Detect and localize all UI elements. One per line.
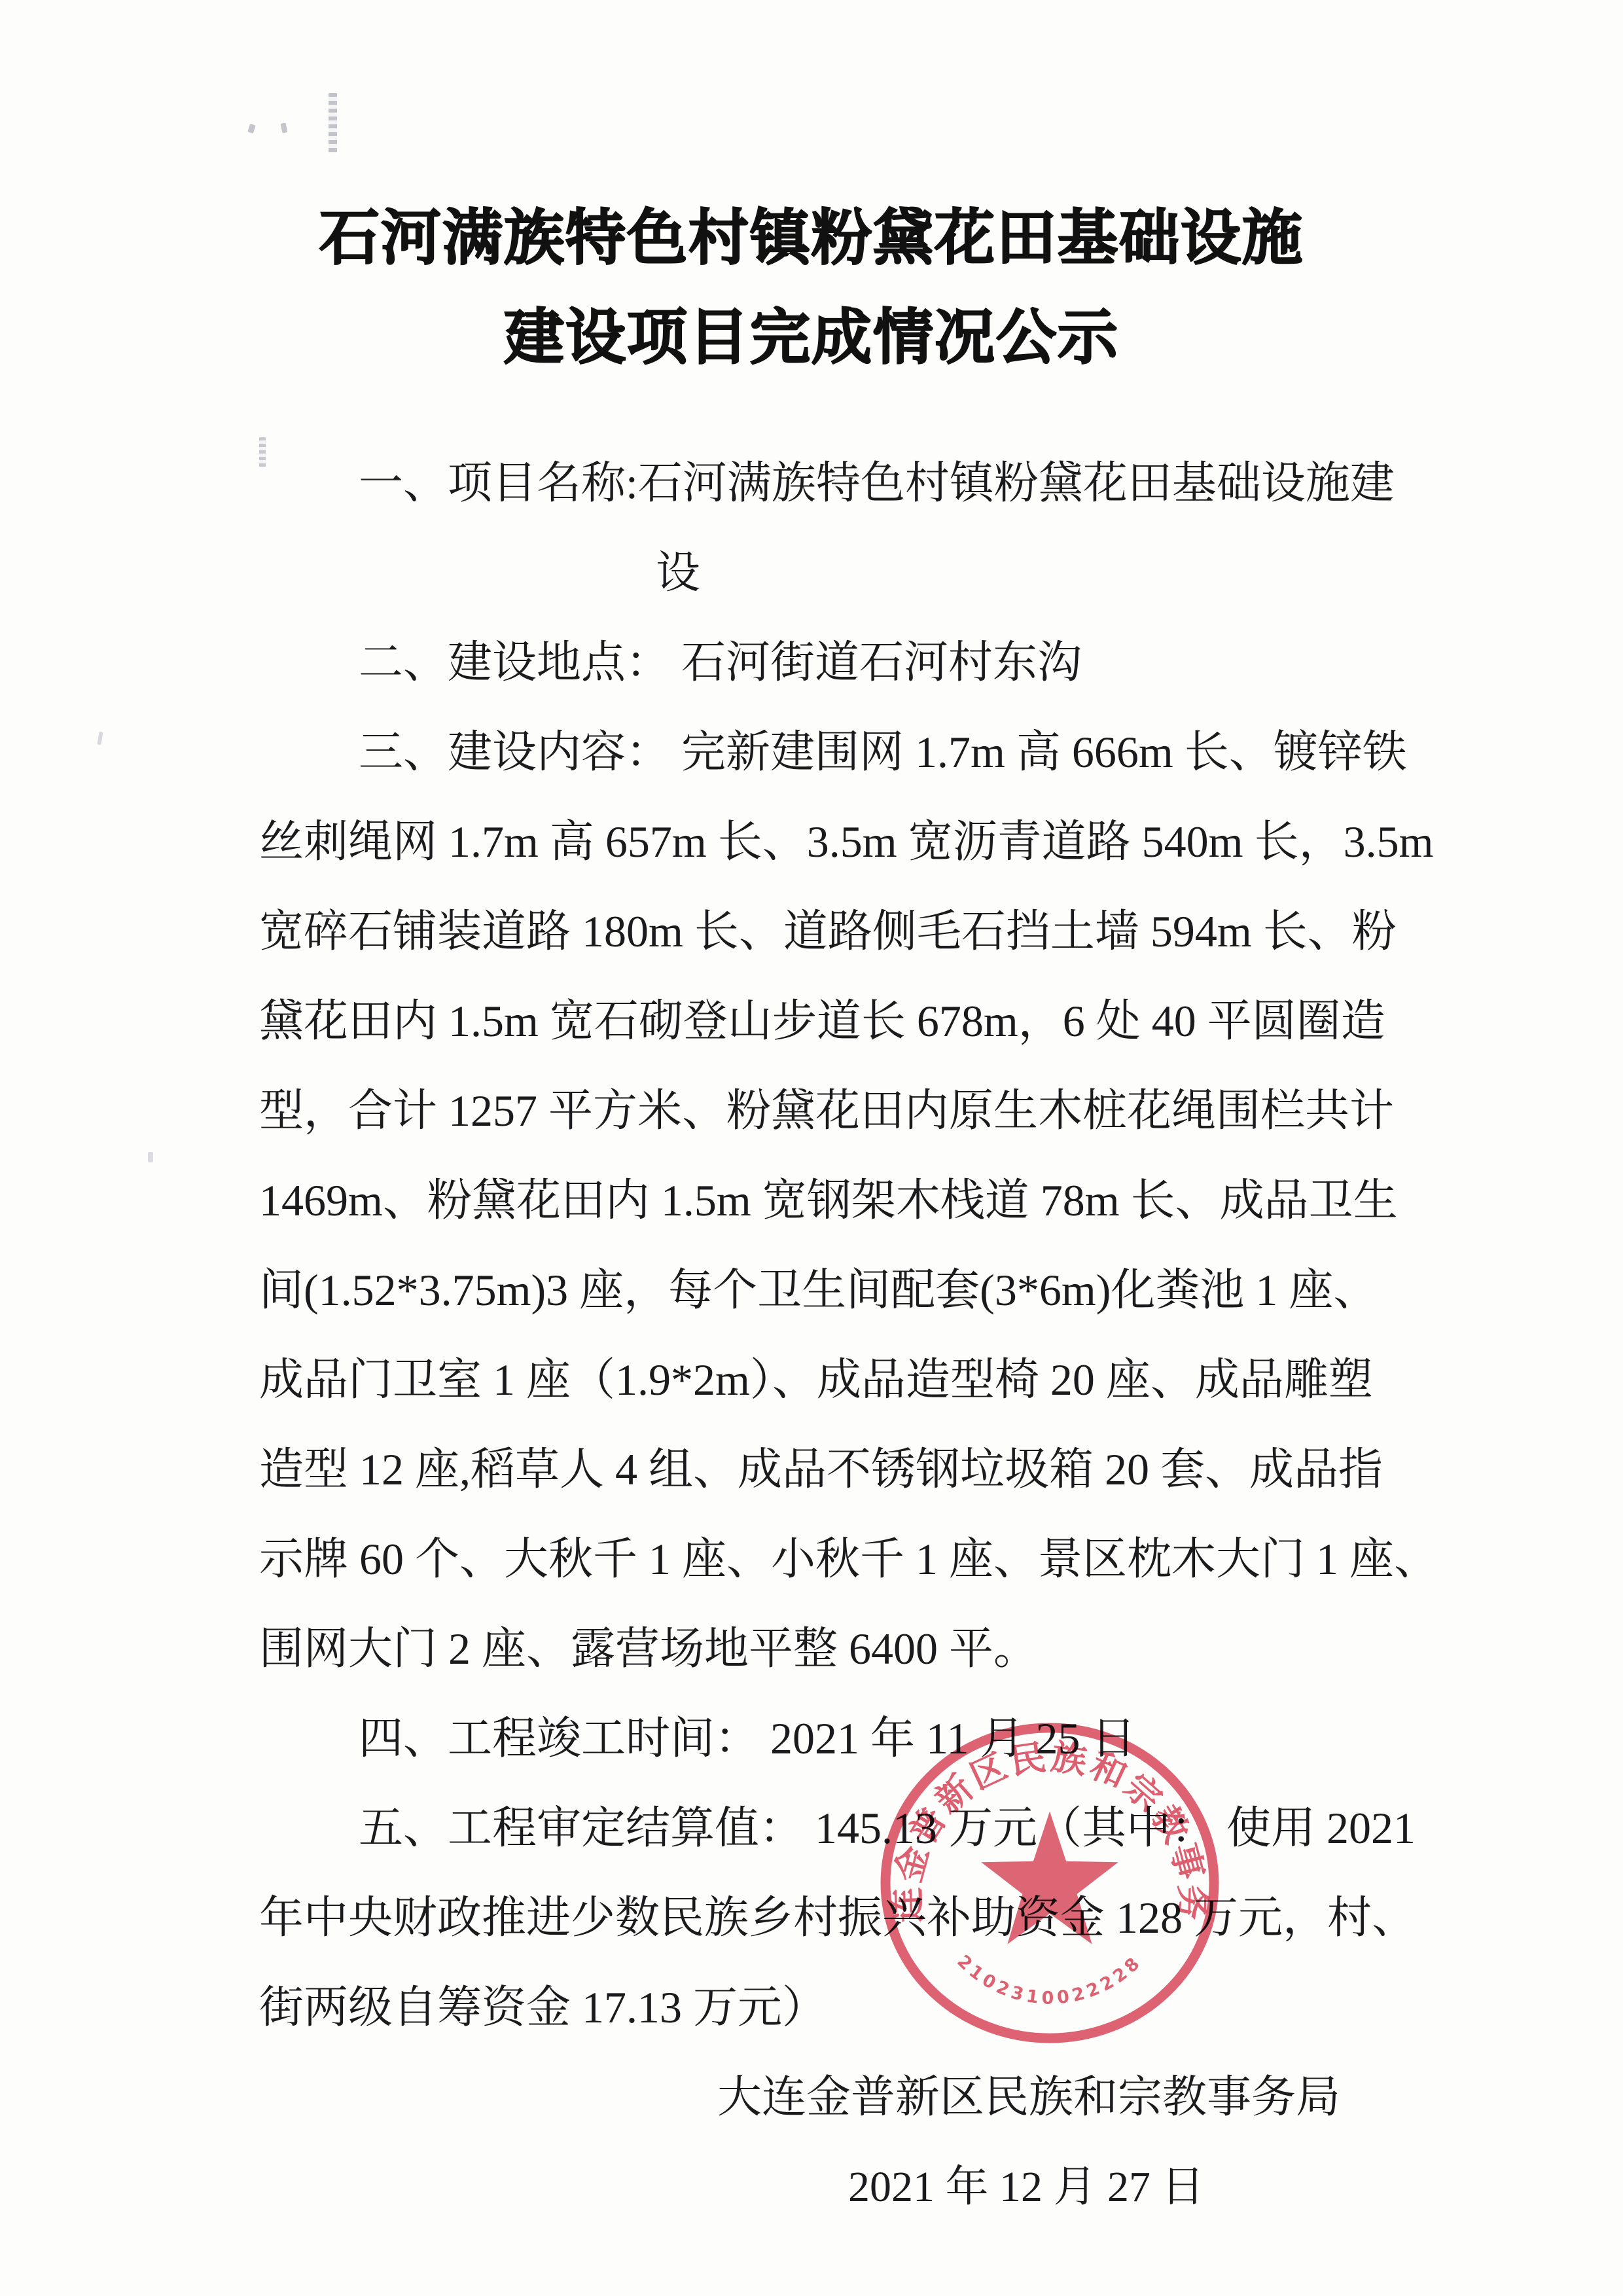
document-title: 石河满族特色村镇粉黛花田基础设施 建设项目完成情况公示	[0, 0, 1623, 387]
body-line: 设	[259, 528, 1366, 618]
body-line: 间(1.52*3.75m)3 座，每个卫生间配套(3*6m)化粪池 1 座、	[259, 1246, 1366, 1335]
signature-line: 大连金普新区民族和宗教事务局	[259, 2053, 1366, 2142]
body-line: 成品门卫室 1 座（1.9*2m）、成品造型椅 20 座、成品雕塑	[259, 1335, 1366, 1425]
body-line: 1469m、粉黛花田内 1.5m 宽钢架木栈道 78m 长、成品卫生	[259, 1156, 1366, 1246]
star-icon	[981, 1811, 1118, 1944]
official-seal: 大连金普新区民族和宗教事务局 2102310022228	[876, 1720, 1224, 2046]
body-line: 示牌 60 个、大秋千 1 座、小秋千 1 座、景区枕木大门 1 座、	[259, 1515, 1366, 1604]
body-line: 三、建设内容： 完新建围网 1.7m 高 666m 长、镀锌铁	[259, 708, 1366, 797]
scan-artifact	[97, 732, 103, 745]
title-line-2: 建设项目完成情况公示	[0, 288, 1623, 387]
title-line-1: 石河满族特色村镇粉黛花田基础设施	[0, 188, 1623, 288]
scan-artifact	[259, 437, 266, 467]
body-line: 一、项目名称:石河满族特色村镇粉黛花田基础设施建	[259, 439, 1366, 528]
document-page: 石河满族特色村镇粉黛花田基础设施 建设项目完成情况公示 一、项目名称:石河满族特…	[0, 0, 1623, 2296]
scan-artifact	[148, 1152, 153, 1162]
body-line: 黛花田内 1.5m 宽石砌登山步道长 678m，6 处 40 平圆圈造	[259, 977, 1366, 1066]
seal-serial-number: 2102310022228	[953, 1951, 1146, 2008]
body-line: 围网大门 2 座、露营场地平整 6400 平。	[259, 1604, 1366, 1694]
body-line: 宽碎石铺装道路 180m 长、道路侧毛石挡土墙 594m 长、粉	[259, 887, 1366, 977]
body-line: 型，合计 1257 平方米、粉黛花田内原生木桩花绳围栏共计	[259, 1066, 1366, 1156]
date-line: 2021 年 12 月 27 日	[259, 2142, 1366, 2232]
body-line: 二、建设地点： 石河街道石河村东沟	[259, 618, 1366, 708]
body-line: 造型 12 座,稻草人 4 组、成品不锈钢垃圾箱 20 套、成品指	[259, 1425, 1366, 1515]
body-line: 丝刺绳网 1.7m 高 657m 长、3.5m 宽沥青道路 540m 长，3.5…	[259, 797, 1366, 887]
scan-artifact	[329, 93, 337, 153]
